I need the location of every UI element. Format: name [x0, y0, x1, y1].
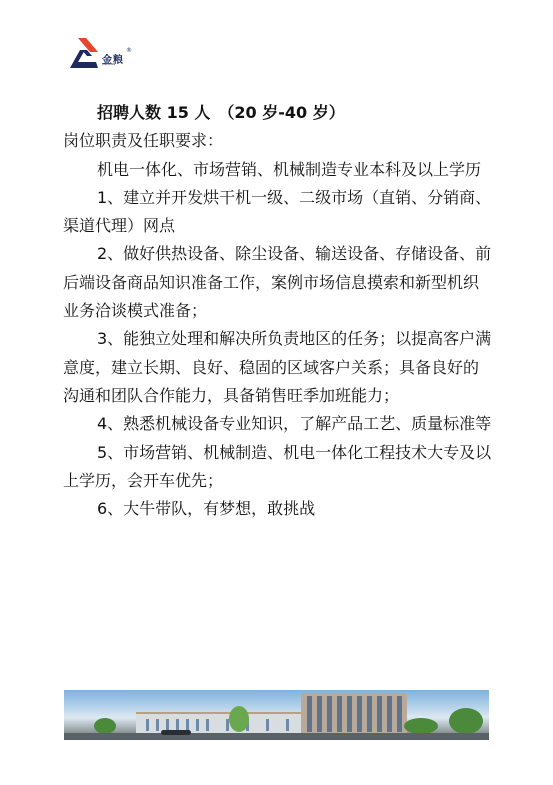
tree-decoration: [94, 718, 116, 734]
duty-item-4: 4、熟悉机械设备专业知识，了解产品工艺、质量标准等: [63, 410, 493, 438]
duty-item-3: 3、能独立处理和解决所负责地区的任务；以提高客户满意度，建立长期、良好、稳固的区…: [63, 325, 493, 410]
car: [161, 730, 191, 735]
job-description: 招聘人数 15 人 （20 岁-40 岁） 岗位职责及任职要求： 机电一体化、市…: [63, 99, 493, 523]
logo-mark-icon: [68, 38, 102, 68]
tree-decoration: [229, 706, 249, 732]
headcount-heading: 招聘人数 15 人 （20 岁-40 岁）: [63, 99, 493, 127]
duty-item-1: 1、建立并开发烘干机一级、二级市场（直销、分销商、渠道代理）网点: [63, 184, 493, 241]
registered-mark: ®: [126, 47, 132, 54]
duty-item-5: 5、市场营销、机械制造、机电一体化工程技术大专及以上学历，会开车优先；: [63, 439, 493, 496]
company-buildings-banner: [64, 690, 489, 740]
road: [64, 733, 489, 740]
section-title: 岗位职责及任职要求：: [63, 127, 493, 155]
duty-item-6: 6、大牛带队，有梦想，敢挑战: [63, 495, 493, 523]
company-logo: 金粮 ® JINLIANG: [68, 38, 148, 68]
education-requirement: 机电一体化、市场营销、机械制造专业本科及以上学历: [63, 156, 493, 184]
tree-decoration: [404, 718, 438, 734]
logo-english-name: JINLIANG: [102, 62, 115, 66]
office-building: [301, 693, 407, 735]
duty-item-2: 2、做好供热设备、除尘设备、输送设备、存储设备、前后端设备商品知识准备工作，案例…: [63, 240, 493, 325]
tree-decoration: [449, 708, 483, 734]
